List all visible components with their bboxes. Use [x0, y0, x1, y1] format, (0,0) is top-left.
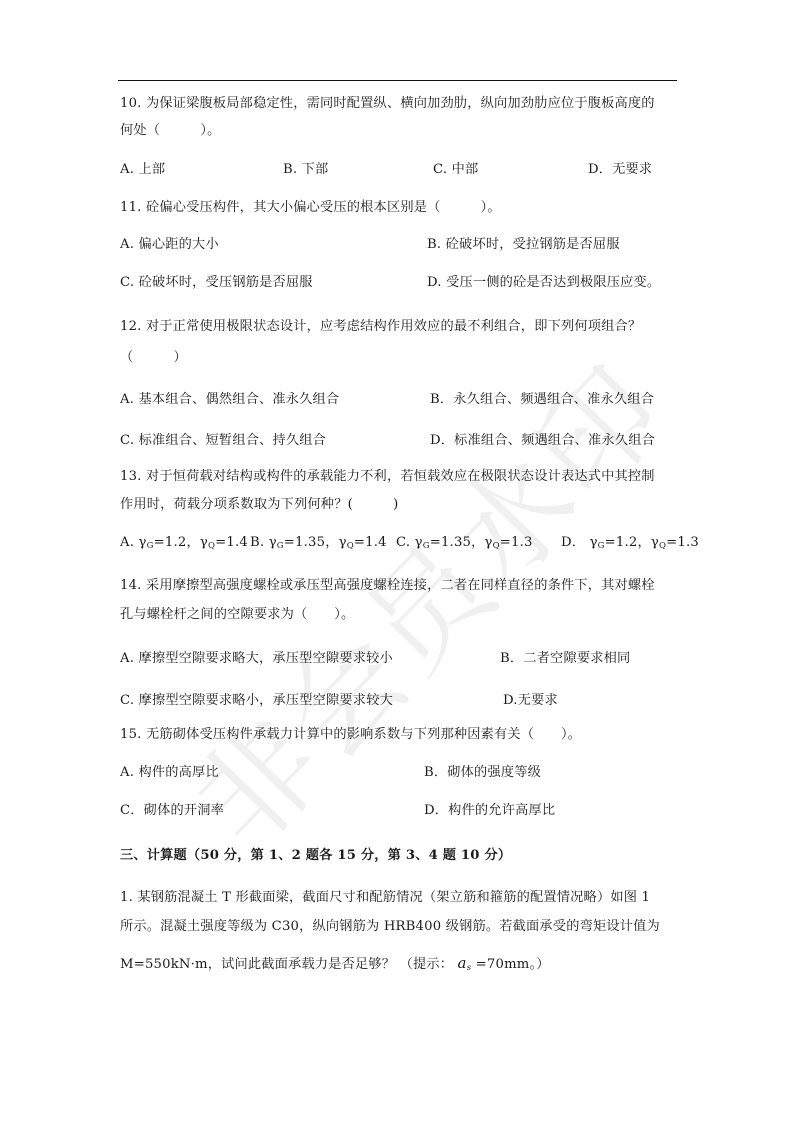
- gamma-q-value: 1.3: [677, 535, 699, 550]
- question-10-text-line-2: 何处（ ）。: [120, 122, 221, 140]
- question-12-text-line-1: 12. 对于正常使用极限状态设计，应考虑结构作用效应的最不利组合，即下列何项组合…: [120, 318, 641, 336]
- question-13-option-b: B. γG=1.35，γQ=1.4: [250, 534, 387, 552]
- question-10-option-b: B. 下部: [283, 161, 328, 179]
- gamma-g-value: 1.35: [295, 535, 325, 550]
- gamma-symbol: γ: [339, 535, 347, 550]
- equals: =: [605, 535, 616, 550]
- question-14-option-a: A. 摩擦型空隙要求略大，承压型空隙要求较小: [120, 650, 393, 668]
- subscript-g: G: [598, 541, 605, 551]
- calc-problem-1-line-1: 1. 某钢筋混凝土 T 形截面梁，截面尺寸和配筋情况（架立筋和箍筋的配置情况略）…: [120, 889, 650, 907]
- subscript-g: G: [277, 541, 284, 551]
- gamma-symbol: γ: [139, 535, 147, 550]
- question-15-option-b: B．砌体的强度等级: [424, 764, 541, 782]
- gamma-q-value: 1.3: [511, 535, 533, 550]
- question-14-text-line-2: 孔与螺栓杆之间的空隙要求为（ ）。: [120, 606, 354, 624]
- question-12-option-b: B．永久组合、频遇组合、准永久组合: [430, 391, 654, 409]
- subscript-g: G: [423, 541, 430, 551]
- separator: ，: [638, 535, 651, 550]
- separator: ，: [325, 535, 338, 550]
- equals: =: [430, 535, 441, 550]
- question-12-option-a: A. 基本组合、偶然组合、准永久组合: [120, 391, 339, 409]
- hint-value: =70mm。）: [471, 957, 549, 972]
- gamma-g-value: 1.35: [441, 535, 471, 550]
- gamma-symbol: γ: [590, 535, 598, 550]
- question-15-option-a: A. 构件的高厚比: [120, 764, 219, 782]
- gamma-q-value: 1.4: [226, 535, 248, 550]
- question-11-option-c: C. 砼破坏时，受压钢筋是否屈服: [120, 274, 313, 292]
- header-rule: [118, 80, 677, 81]
- equals: =: [284, 535, 295, 550]
- gamma-symbol: γ: [485, 535, 493, 550]
- question-15-option-c: C．砌体的开洞率: [120, 802, 224, 820]
- question-13-option-a: A. γG=1.2，γQ=1.4: [120, 534, 248, 552]
- gamma-g-value: 1.2: [165, 535, 187, 550]
- subscript-q: Q: [493, 541, 500, 551]
- question-11-option-a: A. 偏心距的大小: [120, 236, 219, 254]
- document-page: 非会员水印 10. 为保证梁腹板局部稳定性，需同时配置纵、横向加劲肋，纵向加劲肋…: [0, 0, 793, 1122]
- question-11-option-b: B. 砼破坏时，受拉钢筋是否屈服: [427, 236, 620, 254]
- question-14-option-c: C. 摩擦型空隙要求略小，承压型空隙要求较大: [120, 692, 393, 710]
- option-label: B.: [250, 535, 264, 550]
- gamma-g-value: 1.2: [616, 535, 638, 550]
- gamma-symbol: γ: [415, 535, 423, 550]
- subscript-g: G: [147, 541, 154, 551]
- question-14-option-b: B．二者空隙要求相同: [500, 650, 630, 668]
- equals: =: [215, 535, 226, 550]
- subscript-q: Q: [347, 541, 354, 551]
- question-12-option-c: C. 标准组合、短暂组合、持久组合: [120, 432, 326, 450]
- question-13-option-d: D． γG=1.2，γQ=1.3: [561, 534, 699, 552]
- question-14-option-d: D.无要求: [503, 692, 558, 710]
- question-10-option-d: D．无要求: [588, 161, 652, 179]
- question-14-text-line-1: 14. 采用摩擦型高强度螺栓或承压型高强度螺栓连接，二者在同样直径的条件下，其对…: [120, 577, 655, 595]
- question-10-text-line-1: 10. 为保证梁腹板局部稳定性，需同时配置纵、横向加劲肋，纵向加劲肋应位于腹板高…: [120, 95, 655, 113]
- calc-problem-1-line-2: 所示。混凝土强度等级为 C30，纵向钢筋为 HRB400 级钢筋。若截面承受的弯…: [120, 918, 660, 936]
- question-11-option-d: D. 受压一侧的砼是否达到极限压应变。: [427, 274, 660, 292]
- gamma-symbol: γ: [269, 535, 277, 550]
- question-13-text-line-1: 13. 对于恒荷载对结构或构件的承载能力不利，若恒载效应在极限状态设计表达式中其…: [120, 468, 655, 486]
- question-12-option-d: D．标准组合、频遇组合、准永久组合: [430, 432, 655, 450]
- gamma-symbol: γ: [200, 535, 208, 550]
- question-15-text-line-1: 15. 无筋砌体受压构件承载力计算中的影响系数与下列那种因素有关（ ）。: [120, 726, 581, 744]
- question-11-text-line-1: 11. 砼偏心受压构件，其大小偏心受压的根本区别是（ ）。: [120, 199, 501, 217]
- equals: =: [666, 535, 677, 550]
- question-12-text-line-2: （ ）: [120, 349, 187, 367]
- gamma-q-value: 1.4: [365, 535, 387, 550]
- option-label: C.: [396, 535, 410, 550]
- equals: =: [154, 535, 165, 550]
- equals: =: [354, 535, 365, 550]
- calc-problem-1-text: M=550kN·m，试问此截面承载力是否足够？ （提示：: [120, 957, 453, 972]
- option-label: A.: [120, 535, 134, 550]
- separator: ，: [186, 535, 199, 550]
- question-10-option-c: C. 中部: [433, 161, 478, 179]
- hint-symbol-a: a: [458, 954, 467, 972]
- section-heading: 三、计算题（50 分，第 1、2 题各 15 分，第 3、4 题 10 分）: [120, 847, 511, 865]
- question-10-option-a: A. 上部: [120, 161, 165, 179]
- option-label: D．: [561, 535, 585, 550]
- question-13-text-line-2: 作用时，荷载分项系数取为下列何种？( ): [120, 496, 398, 514]
- gamma-symbol: γ: [651, 535, 659, 550]
- question-15-option-d: D．构件的允许高厚比: [424, 802, 555, 820]
- equals: =: [500, 535, 511, 550]
- calc-problem-1-line-3: M=550kN·m，试问此截面承载力是否足够？ （提示： as =70mm。）: [120, 954, 550, 974]
- separator: ，: [471, 535, 484, 550]
- question-13-option-c: C. γG=1.35，γQ=1.3: [396, 534, 533, 552]
